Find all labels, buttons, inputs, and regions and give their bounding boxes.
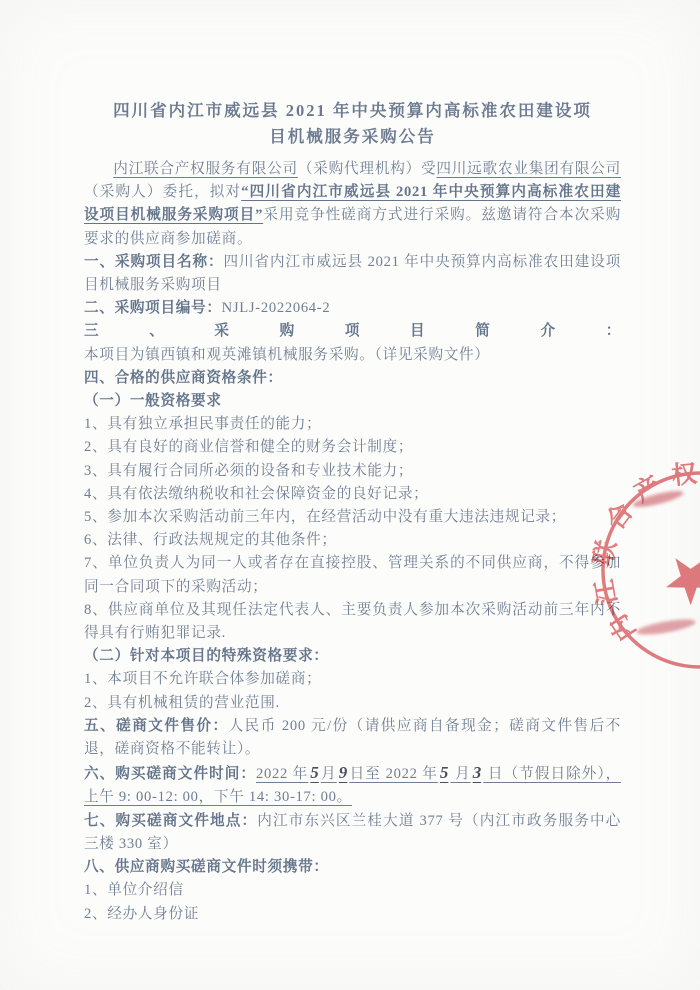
star-icon	[655, 544, 700, 611]
general-requirement-item-6: 6、法律、行政法规规定的其他条件；	[84, 529, 621, 552]
intro-paragraph: 内江联合产权服务有限公司（采购代理机构）受四川远歌农业集团有限公司（采购人）委托…	[84, 158, 621, 251]
text-segment: 月	[321, 766, 337, 782]
text-segment: 四、合格的供应商资格条件：	[84, 370, 283, 386]
subsection-special-requirements: （二）针对本项目的特殊资格要求：	[84, 645, 621, 668]
text-segment: 5、参加本次采购活动前三年内，在经营活动中没有重大违法违规记录；	[84, 509, 566, 525]
text-segment: 2、经办人身份证	[84, 906, 199, 922]
general-requirement-item-4: 4、具有依法缴纳税收和社会保障资金的良好记录；	[84, 483, 621, 506]
text-segment: （采购代理机构）受	[298, 161, 437, 177]
section-6-purchase-time: 六、购买磋商文件时间：2022 年5月9日至 2022 年5 月3 日（节假日除…	[84, 761, 621, 809]
text-segment: 2、具有机械租赁的营业范围.	[84, 695, 280, 711]
text-segment: 3、具有履行合同所必须的设备和专业技术能力；	[84, 463, 413, 479]
special-requirement-item-1: 1、本项目不允许联合体参加磋商；	[84, 668, 621, 691]
seal-ink-smudge-top	[632, 488, 685, 510]
general-requirement-item-2: 2、具有良好的商业信誉和健全的财务会计制度；	[84, 436, 621, 459]
text-segment: 二、采购项目编号：	[84, 300, 222, 316]
text-segment: 6、法律、行政法规规定的其他条件；	[84, 532, 337, 548]
general-requirement-item-3: 3、具有履行合同所必须的设备和专业技术能力；	[84, 460, 621, 483]
section-7-purchase-location: 七、购买磋商文件地点：内江市东兴区兰桂大道 377 号（内江市政务服务中心三楼 …	[84, 810, 621, 856]
general-requirement-item-8: 8、供应商单位及其现任法定代表人、主要负责人参加本次采购活动前三年内不得具有行贿…	[84, 599, 621, 645]
subsection-general-requirements: （一）一般资格要求	[84, 390, 621, 413]
text-segment: 月	[450, 766, 470, 782]
document-title: 四川省内江市威远县 2021 年中央预算内高标准农田建设项目机械服务采购公告	[84, 98, 621, 150]
section-3-project-brief: 三、采购项目简介：本项目为镇西镇和观英滩镇机械服务采购。（详见采购文件）	[84, 320, 621, 366]
text-segment: 八、供应商购买磋商文件时须携带：	[84, 859, 329, 875]
text-segment: 日至 2022 年	[349, 766, 438, 782]
text-segment: 本项目为镇西镇和观英滩镇机械服务采购。（详见采购文件）	[84, 347, 490, 363]
required-document-item-1: 1、单位介绍信	[84, 879, 621, 902]
text-segment: 4、具有依法缴纳税收和社会保障资金的良好记录；	[84, 486, 428, 502]
special-requirement-item-2: 2、具有机械租赁的营业范围.	[84, 692, 621, 715]
general-requirement-item-5: 5、参加本次采购活动前三年内，在经营活动中没有重大违法违规记录；	[84, 506, 621, 529]
section-5-document-price: 五、磋商文件售价：人民币 200 元/份（请供应商自备现金；磋商文件售后不退，磋…	[84, 715, 621, 761]
handwritten-date-value: 3	[471, 763, 484, 782]
section-2-project-number: 二、采购项目编号：NJLJ-2022064-2	[84, 297, 621, 320]
general-requirement-item-7: 7、单位负责人为同一人或者存在直接控股、管理关系的不同供应商，不得参加同一合同项…	[84, 552, 621, 598]
general-requirement-item-1: 1、具有独立承担民事责任的能力；	[84, 413, 621, 436]
text-segment: 五、磋商文件售价：	[84, 718, 229, 734]
text-segment: 七、购买磋商文件地点：	[84, 813, 257, 829]
text-segment: 8、供应商单位及其现任法定代表人、主要负责人参加本次采购活动前三年内不得具有行贿…	[84, 602, 621, 641]
text-segment: 7、单位负责人为同一人或者存在直接控股、管理关系的不同供应商，不得参加同一合同项…	[84, 555, 621, 594]
text-segment: 六、购买磋商文件时间：	[84, 766, 256, 782]
text-segment: 内江联合产权服务有限公司	[113, 161, 298, 177]
section-8-required-documents: 八、供应商购买磋商文件时须携带：	[84, 856, 621, 879]
scanned-document-page: 四川省内江市威远县 2021 年中央预算内高标准农田建设项目机械服务采购公告 内…	[0, 0, 700, 990]
seal-ink-smudge-bottom	[636, 616, 697, 637]
required-document-item-2: 2、经办人身份证	[84, 903, 621, 926]
text-segment: （一）一般资格要求	[84, 393, 222, 409]
text-segment: 1、单位介绍信	[84, 882, 184, 898]
text-segment: 一、采购项目名称：	[84, 254, 224, 270]
section-1-project-name: 一、采购项目名称：四川省内江市威远县 2021 年中央预算内高标准农田建设项目机…	[84, 251, 621, 297]
text-segment: 2022 年	[256, 766, 308, 782]
text-segment: （采购人）委托，拟对	[84, 184, 241, 200]
text-segment: （二）针对本项目的特殊资格要求：	[84, 648, 329, 664]
handwritten-date-value: 9	[337, 763, 350, 782]
text-segment: NJLJ-2022064-2	[222, 300, 331, 316]
section-4-supplier-qualifications: 四、合格的供应商资格条件：	[84, 367, 621, 390]
text-segment: 三、采购项目简介：	[84, 323, 621, 339]
text-segment: 1、本项目不允许联合体参加磋商；	[84, 671, 321, 687]
text-segment: 四川远歌农业集团有限公司	[436, 161, 621, 177]
handwritten-date-value: 5	[438, 763, 451, 782]
handwritten-date-value: 5	[308, 763, 321, 782]
text-segment: 2、具有良好的商业信誉和健全的财务会计制度；	[84, 439, 413, 455]
document-body: 四川省内江市威远县 2021 年中央预算内高标准农田建设项目机械服务采购公告 内…	[84, 98, 621, 926]
text-segment: 1、具有独立承担民事责任的能力；	[84, 416, 321, 432]
